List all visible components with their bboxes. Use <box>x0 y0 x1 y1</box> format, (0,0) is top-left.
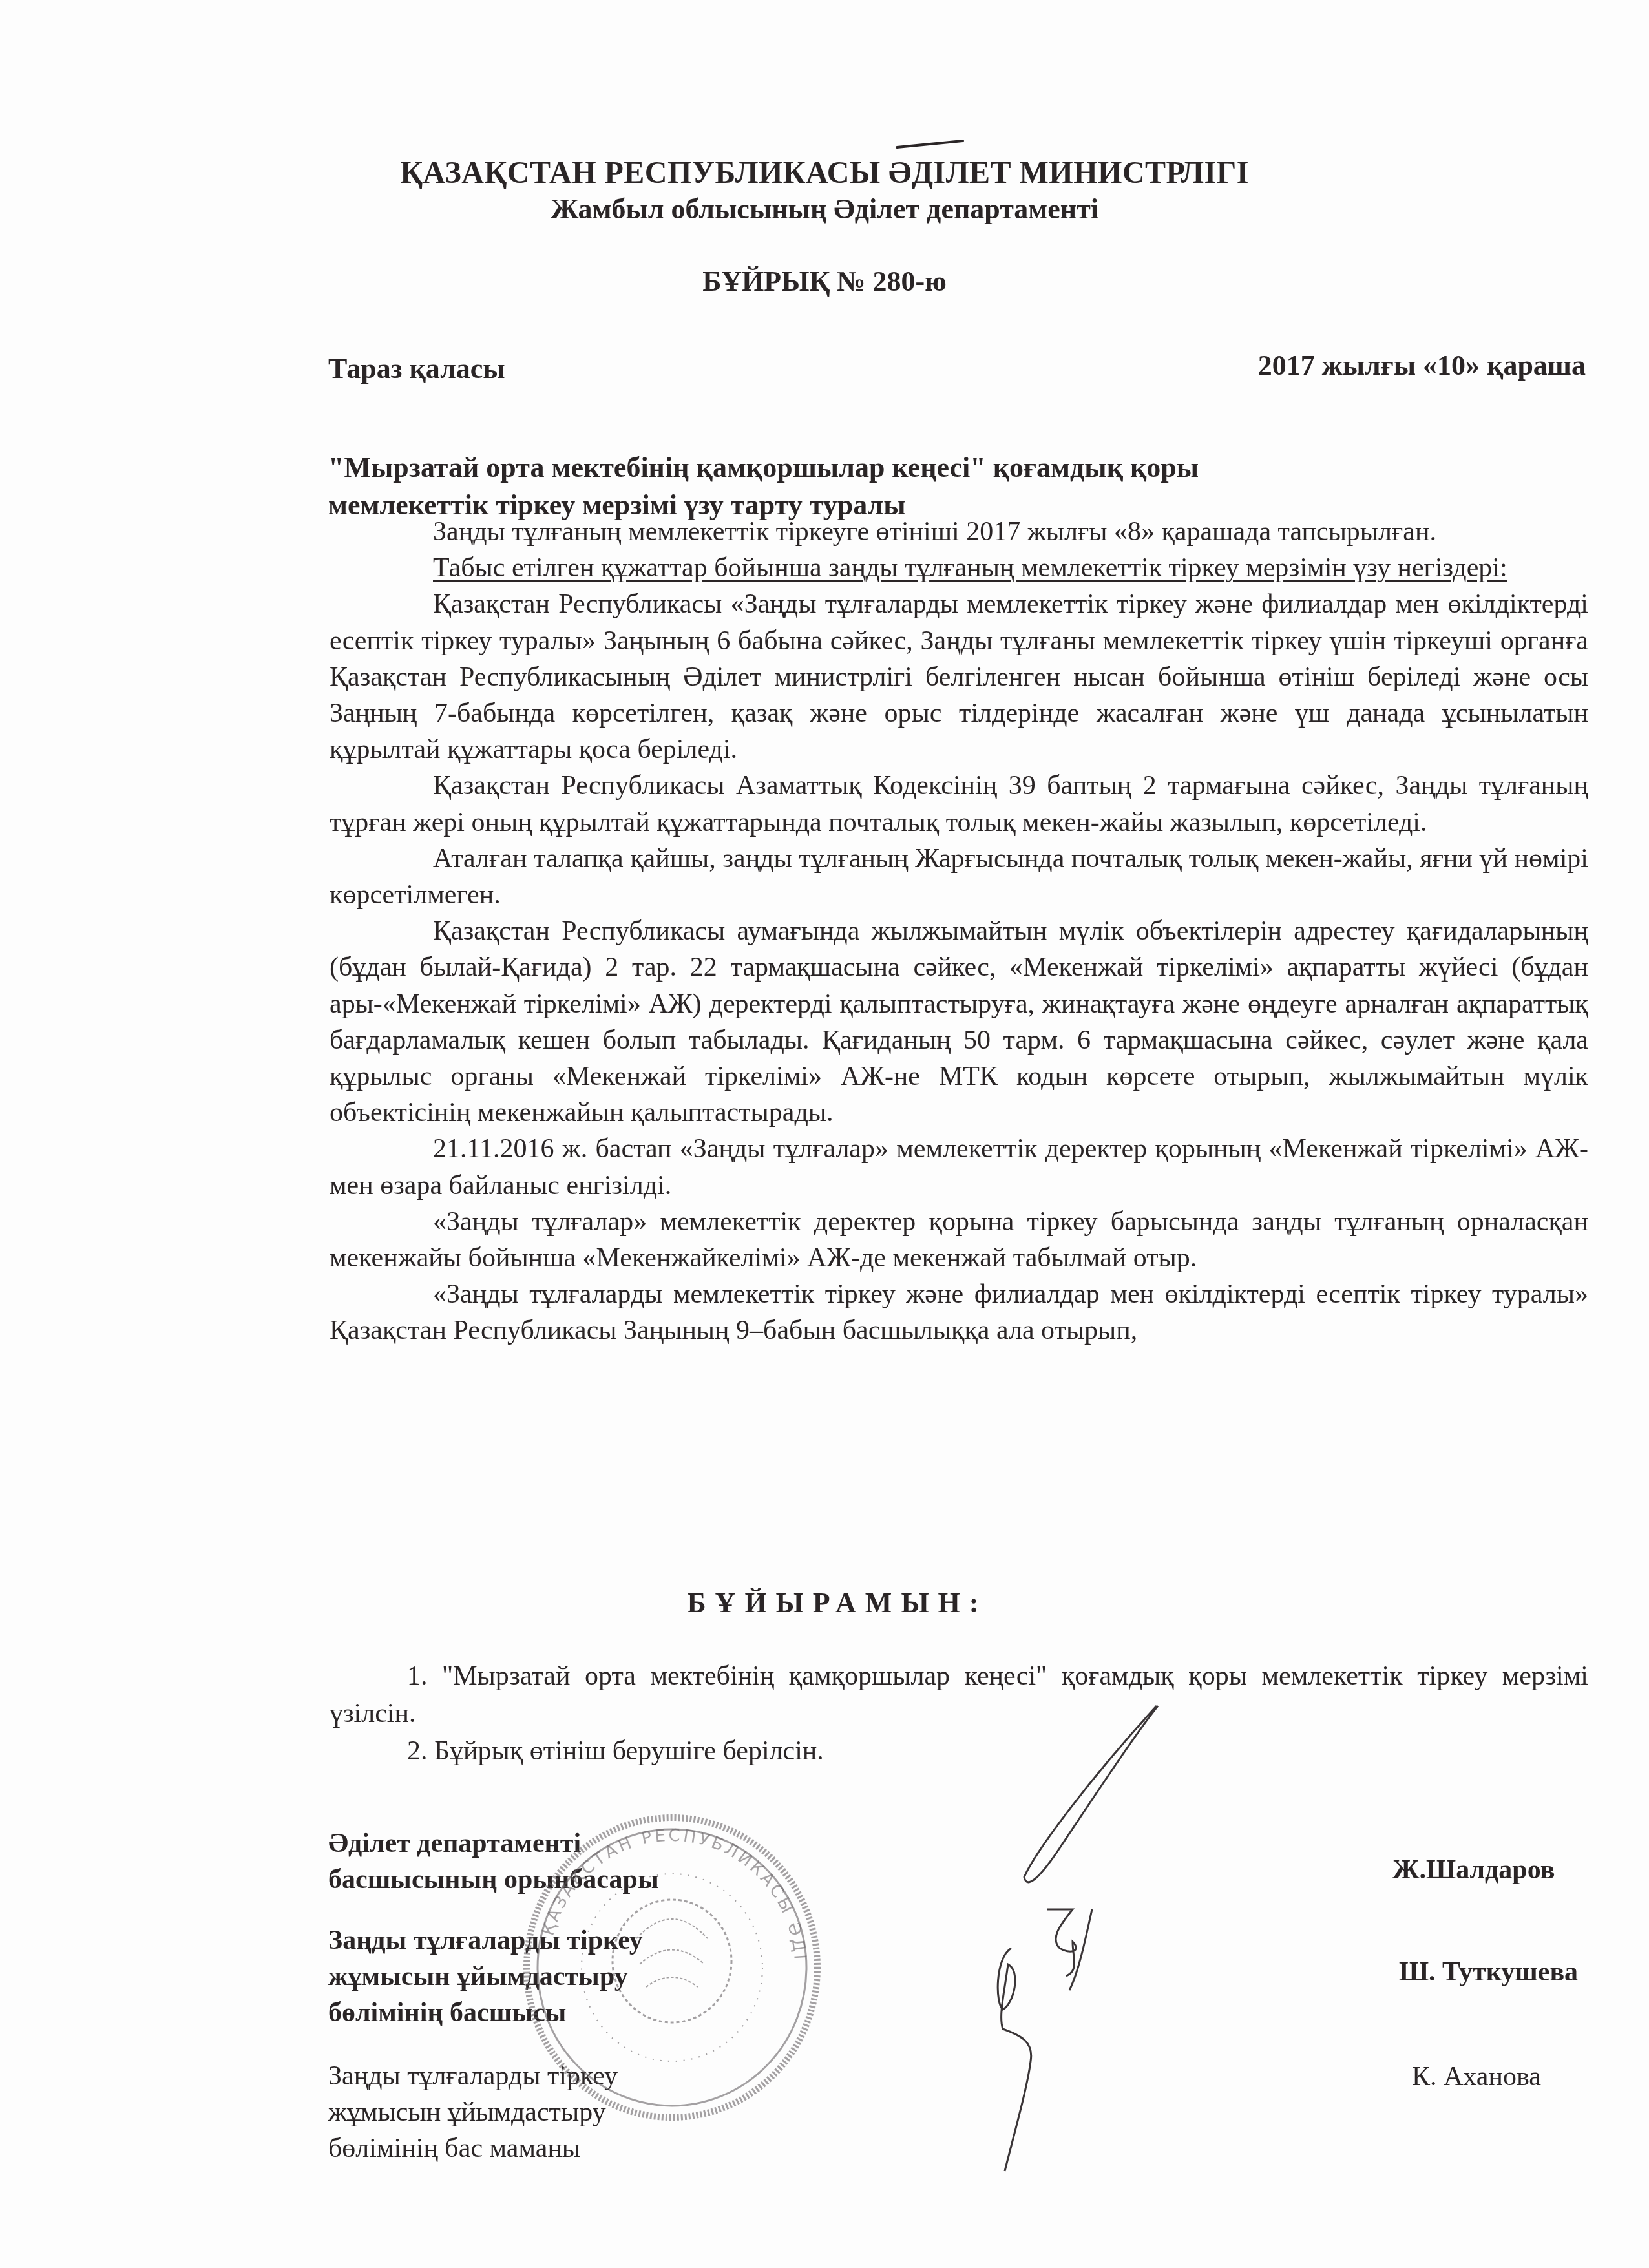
ministry-title: ҚАЗАҚСТАН РЕСПУБЛИКАСЫ ӘДІЛЕТ МИНИСТРЛІГ… <box>0 155 1649 191</box>
order-date: 2017 жылғы «10» қараша <box>1258 349 1586 382</box>
order-body: Заңды тұлғаның мемлекеттік тіркеуге өтін… <box>330 514 1588 1349</box>
signatory-1-title-line: Әділет департаменті <box>328 1825 659 1862</box>
body-paragraph-grounds-heading: Табыс етілген құжаттар бойынша заңды тұл… <box>330 550 1588 586</box>
decree-items: 1. "Мырзатай орта мектебінің қамқоршылар… <box>330 1657 1588 1770</box>
body-paragraph: Қазақстан Республикасы Азаматтық Кодексі… <box>330 768 1588 840</box>
signatory-3-name: К. Аханова <box>1412 2061 1541 2092</box>
signatory-3-title: Заңды тұлғаларды тіркеу жұмысын ұйымдаст… <box>328 2058 618 2167</box>
signature-2 <box>1047 1909 1092 1990</box>
subject-line-1: "Мырзатай орта мектебінің қамқоршылар ке… <box>328 449 1199 487</box>
signatory-2-title-line: Заңды тұлғаларды тіркеу <box>328 1922 643 1958</box>
signatory-3-title-line: бөлімінің бас маманы <box>328 2130 618 2167</box>
signatory-1-name: Ж.Шалдаров <box>1392 1854 1555 1885</box>
signatory-3-title-line: жұмысын ұйымдастыру <box>328 2094 618 2130</box>
decree-item: 1. "Мырзатай орта мектебінің қамқоршылар… <box>330 1657 1588 1732</box>
body-paragraph: Заңды тұлғаның мемлекеттік тіркеуге өтін… <box>330 514 1588 550</box>
body-paragraph: 21.11.2016 ж. бастап «Заңды тұлғалар» ме… <box>330 1131 1588 1203</box>
body-paragraph: «Заңды тұлғалар» мемлекеттік деректер қо… <box>330 1204 1588 1276</box>
signature-3 <box>998 1948 1031 2171</box>
order-subject: "Мырзатай орта мектебінің қамқоршылар ке… <box>328 449 1199 524</box>
signatory-2-title: Заңды тұлғаларды тіркеу жұмысын ұйымдаст… <box>328 1922 643 2031</box>
order-number: БҰЙРЫҚ № 280-ю <box>0 265 1649 298</box>
body-paragraph: Аталған талапқа қайшы, заңды тұлғаның Жа… <box>330 841 1588 913</box>
grounds-heading-text: Табыс етілген құжаттар бойынша заңды тұл… <box>433 553 1507 583</box>
body-paragraph: Қазақстан Республикасы аумағында жылжыма… <box>330 913 1588 1131</box>
decree-item: 2. Бұйрық өтініш берушіге берілсін. <box>330 1732 1588 1770</box>
department-subtitle: Жамбыл облысының Әділет департаменті <box>0 193 1649 226</box>
signatory-2-name: Ш. Туткушева <box>1399 1957 1578 1988</box>
city-label: Тараз қаласы <box>328 352 505 385</box>
pen-mark <box>897 141 963 147</box>
signatory-2-title-line: жұмысын ұйымдастыру <box>328 1958 643 1995</box>
signatory-2-title-line: бөлімінің басшысы <box>328 1995 643 2031</box>
body-paragraph: «Заңды тұлғаларды мемлекеттік тіркеу жән… <box>330 1276 1588 1349</box>
decree-heading: БҰЙЫРАМЫН: <box>0 1586 1649 1619</box>
signatory-1-title-line: басшысының орынбасары <box>328 1862 659 1898</box>
signatory-1-title: Әділет департаменті басшысының орынбасар… <box>328 1825 659 1898</box>
body-paragraph: Қазақстан Республикасы «Заңды тұлғаларды… <box>330 586 1588 768</box>
signatory-3-title-line: Заңды тұлғаларды тіркеу <box>328 2058 618 2094</box>
